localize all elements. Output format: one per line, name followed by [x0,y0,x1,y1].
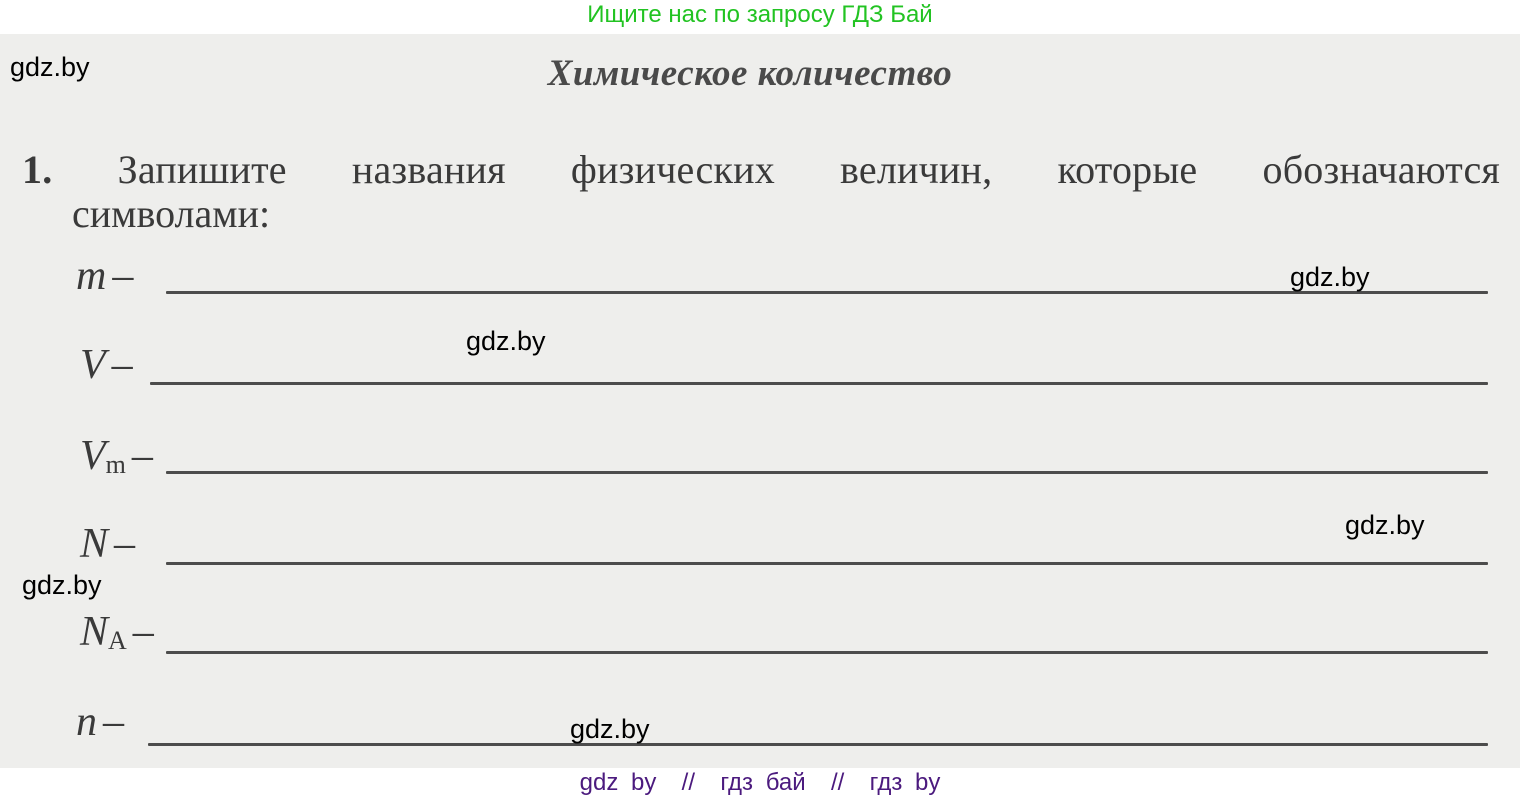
top-banner: Ищите нас по запросу ГДЗ Бай [0,0,1520,34]
symbol-letter: m [76,253,106,299]
watermark: gdz.by [10,52,90,83]
answer-line-vm[interactable] [166,471,1488,474]
symbol-dash: – [112,342,133,388]
bottom-banner-text: gdz by // гдз бай // гдз by [580,769,941,796]
symbol-n-lower: n– [76,698,124,746]
watermark: gdz.by [1345,510,1425,541]
watermark: gdz.by [466,326,546,357]
workbook-page [0,34,1520,768]
symbol-dash: – [133,609,154,655]
symbol-na: NA– [80,608,154,656]
symbol-m: m– [76,252,133,300]
watermark: gdz.by [22,570,102,601]
watermark: gdz.by [570,714,650,745]
answer-line-n-lower[interactable] [148,743,1488,746]
symbol-n-upper: N– [80,520,135,568]
task-text-line1: Запишите названия физических величин, ко… [118,147,1500,192]
symbol-letter: n [76,699,97,745]
symbol-dash: – [103,699,124,745]
symbol-dash: – [114,521,135,567]
answer-line-na[interactable] [166,651,1488,654]
symbol-v: V– [80,341,133,389]
symbol-letter: N [80,609,108,655]
answer-line-n-upper[interactable] [166,562,1488,565]
bottom-banner: gdz by // гдз бай // гдз by [0,768,1520,800]
task-text-line2: символами: [72,190,270,237]
symbol-subscript: A [108,626,127,655]
answer-line-v[interactable] [150,382,1488,385]
watermark: gdz.by [1290,262,1370,293]
task-statement: 1. Запишите названия физических величин,… [22,146,1500,193]
task-number: 1. [22,147,52,192]
top-banner-text: Ищите нас по запросу ГДЗ Бай [587,1,932,28]
symbol-vm: Vm– [80,432,153,480]
symbol-dash: – [132,433,153,479]
symbol-subscript: m [106,450,126,479]
page-title: Химическое количество [0,52,1500,95]
symbol-letter: N [80,521,108,567]
symbol-dash: – [112,253,133,299]
symbol-letter: V [80,433,106,479]
symbol-letter: V [80,342,106,388]
